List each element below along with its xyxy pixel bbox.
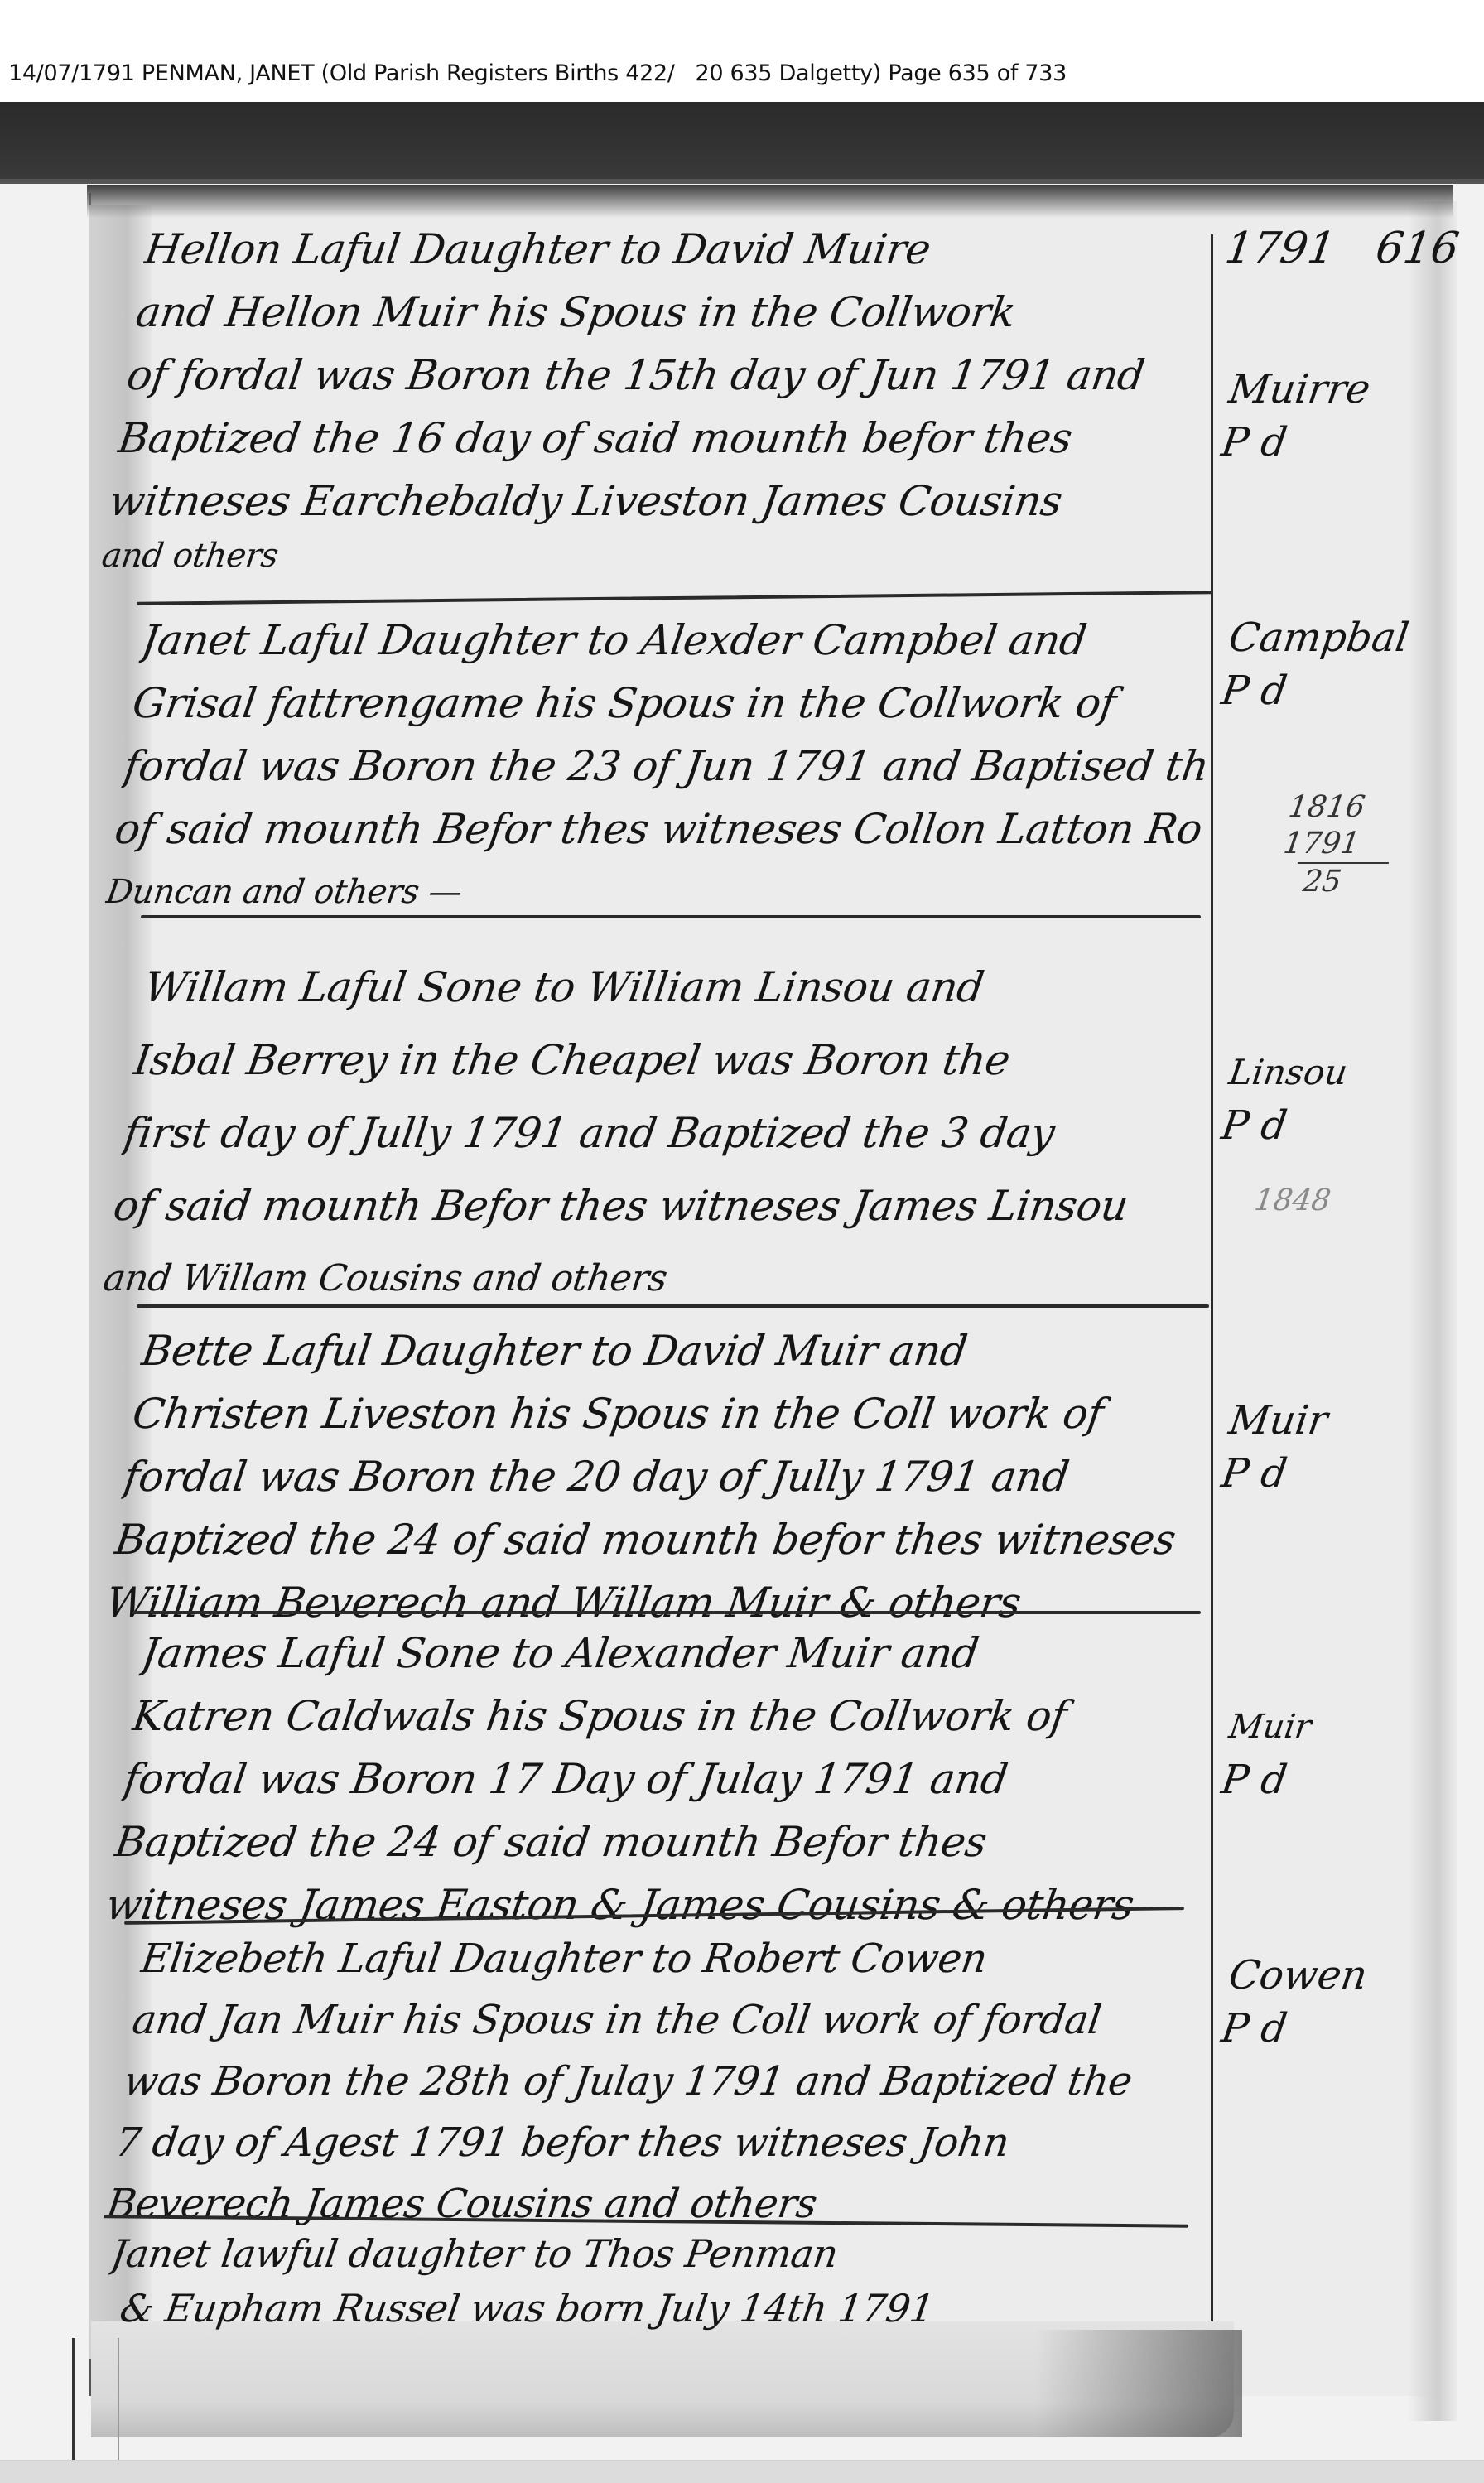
baptism-entry-2: Janet Laful Daughter to Alexder Campbel … bbox=[102, 609, 1231, 923]
scan-edge-line bbox=[0, 179, 1484, 184]
record-title-line: 14/07/1791 PENMAN, JANET (Old Parish Reg… bbox=[8, 60, 1474, 88]
margin-ref-count: 25 bbox=[1276, 864, 1480, 900]
margin-surname: Cowen bbox=[1226, 1949, 1432, 2002]
page-corner-note: 1791 616 bbox=[1222, 222, 1429, 275]
entry-line: Baptized the 16 day of said mounth befor… bbox=[114, 407, 1208, 470]
margin-note-2: Campbal P d bbox=[1218, 611, 1432, 717]
baptism-entry-4: Bette Laful Daughter to David Muir and C… bbox=[102, 1319, 1231, 1634]
slip-shadow bbox=[1035, 2330, 1242, 2437]
entry-line: fordal was Boron 17 Day of Julay 1791 an… bbox=[120, 1748, 1214, 1810]
entry-line: 7 day of Agest 1791 befor thes witneses … bbox=[111, 2112, 1204, 2173]
register-scan: 1791 616 Hellon Laful Daughter to David … bbox=[0, 102, 1484, 2460]
entry-line: of fordal was Boron the 15th day of Jun … bbox=[123, 344, 1217, 407]
entry-line: Willam Laful Sone to William Linsou and bbox=[140, 951, 1235, 1024]
scan-dark-border bbox=[0, 102, 1484, 181]
entry-line: witneses Earchebaldy Liveston James Cous… bbox=[105, 470, 1199, 533]
entry-line: Bette Laful Daughter to David Muir and bbox=[137, 1319, 1231, 1382]
margin-note-3: Linsou P d bbox=[1218, 1046, 1432, 1152]
entry-line: and Jan Muir his Spous in the Coll work … bbox=[128, 1989, 1221, 2051]
entry-line: Hellon Laful Daughter to David Muire bbox=[141, 218, 1235, 281]
page-right-shadow bbox=[1408, 201, 1457, 2421]
entry-line: witneses James Easton & James Cousins & … bbox=[102, 1873, 1196, 1936]
entry-line: Janet Laful Daughter to Alexder Campbel … bbox=[137, 609, 1231, 672]
margin-surname: Campbal bbox=[1226, 611, 1432, 664]
entry-line: Christen Liveston his Spous in the Coll … bbox=[128, 1382, 1222, 1445]
margin-note-6: Cowen P d bbox=[1218, 1949, 1432, 2055]
entry-line: first day of Jully 1791 and Baptized the… bbox=[119, 1097, 1214, 1169]
baptism-entry-6: Elizebeth Laful Daughter to Robert Cowen… bbox=[103, 1928, 1231, 2235]
entry-line: was Boron the 28th of Julay 1791 and Bap… bbox=[120, 2051, 1213, 2112]
entry-line: & Eupham Russel was born July 14th 1791 bbox=[100, 2281, 1192, 2336]
corner-year: 1791 bbox=[1222, 224, 1339, 273]
margin-fee-mark: P d bbox=[1218, 664, 1424, 717]
entry-line: and Hellon Muir his Spous in the Collwor… bbox=[132, 281, 1226, 344]
margin-faint-number: 1848 bbox=[1252, 1183, 1456, 1219]
margin-surname: Muirre bbox=[1226, 363, 1432, 416]
baptism-entry-1: Hellon Laful Daughter to David Muire and… bbox=[99, 218, 1234, 579]
margin-note-4: Muir P d bbox=[1218, 1394, 1432, 1500]
page-edge-line bbox=[118, 2338, 119, 2460]
viewer-footer-bar bbox=[0, 2460, 1484, 2483]
page-edge-line bbox=[72, 2338, 75, 2460]
entry-line: of said mounth Befor thes witneses Collo… bbox=[111, 798, 1205, 861]
margin-ref-number: 1848 bbox=[1252, 1183, 1456, 1219]
entry-line: Baptized the 24 of said mounth Befor the… bbox=[111, 1810, 1205, 1873]
margin-ref-number: 1816 bbox=[1286, 789, 1484, 826]
entry-line: Grisal fattrengame his Spous in the Coll… bbox=[128, 672, 1222, 735]
margin-surname: Linsou bbox=[1226, 1046, 1432, 1099]
entry-line: fordal was Boron the 23 of Jun 1791 and … bbox=[120, 735, 1214, 798]
baptism-entry-5: James Laful Sone to Alexander Muir and K… bbox=[102, 1622, 1231, 1936]
entry-separator bbox=[141, 915, 1201, 918]
page-top-shadow bbox=[87, 185, 1453, 218]
entry-line: fordal was Boron the 20 day of Jully 179… bbox=[120, 1445, 1214, 1508]
entry-line: Duncan and others — bbox=[102, 861, 1196, 923]
margin-surname: Muir bbox=[1226, 1394, 1432, 1447]
entry-separator bbox=[137, 1304, 1209, 1308]
margin-note-1: Muirre P d bbox=[1218, 363, 1432, 469]
margin-fee-mark: P d bbox=[1218, 1753, 1424, 1806]
margin-fee-mark: P d bbox=[1218, 1447, 1424, 1500]
entry-line: Katren Caldwals his Spous in the Collwor… bbox=[128, 1685, 1222, 1748]
margin-note-5: Muir P d bbox=[1218, 1700, 1432, 1806]
entry-line: James Laful Sone to Alexander Muir and bbox=[137, 1622, 1231, 1685]
entry-line: and others bbox=[99, 533, 1190, 579]
margin-fee-mark: P d bbox=[1218, 1099, 1424, 1152]
margin-ref-year: 1791 bbox=[1281, 826, 1484, 862]
entry-line: Isbal Berrey in the Cheapel was Boron th… bbox=[129, 1024, 1224, 1097]
margin-register-ref: 1816 1791 25 bbox=[1276, 789, 1484, 900]
margin-fee-mark: P d bbox=[1218, 2002, 1424, 2055]
entry-separator bbox=[132, 1611, 1201, 1614]
baptism-entry-3: Willam Laful Sone to William Linsou and … bbox=[99, 951, 1235, 1315]
entry-line: Janet lawful daughter to Thos Penman bbox=[108, 2226, 1200, 2281]
corner-folio: 616 bbox=[1373, 224, 1462, 273]
entry-line: Baptized the 24 of said mounth befor the… bbox=[111, 1508, 1205, 1571]
margin-surname: Muir bbox=[1226, 1700, 1432, 1753]
margin-fee-mark: P d bbox=[1218, 416, 1424, 469]
entry-line: Elizebeth Laful Daughter to Robert Cowen bbox=[137, 1928, 1231, 1989]
baptism-entry-penman: Janet lawful daughter to Thos Penman & E… bbox=[100, 2226, 1201, 2336]
entry-line: of said mounth Befor thes witneses James… bbox=[108, 1169, 1203, 1242]
